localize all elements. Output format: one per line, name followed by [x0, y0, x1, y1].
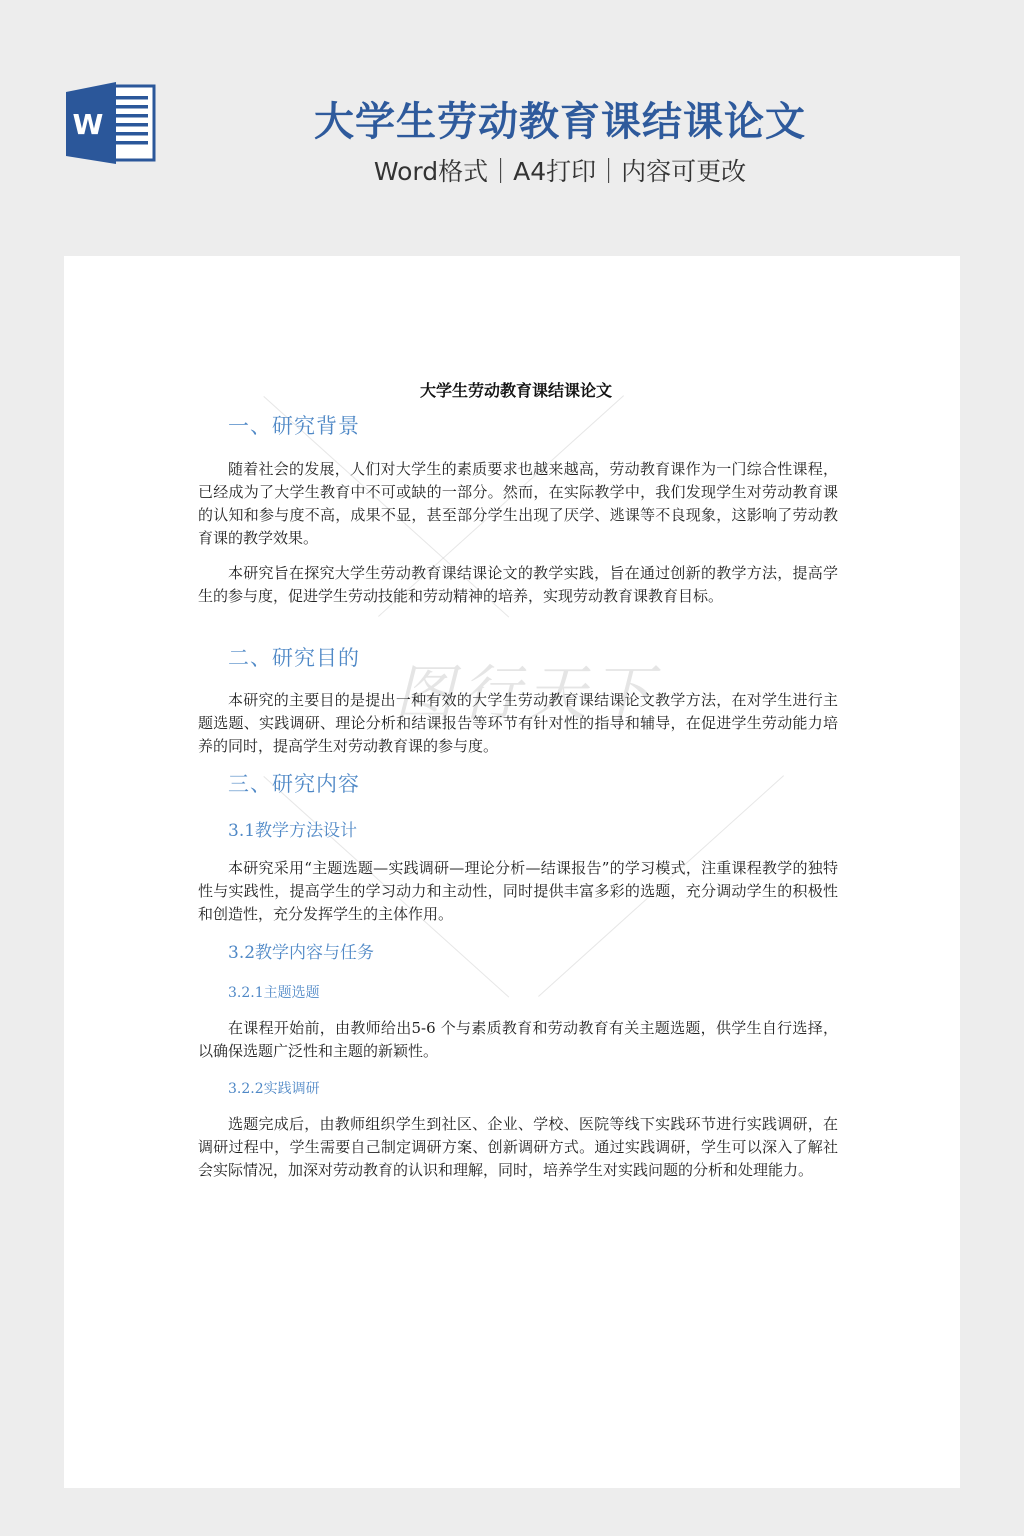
- paragraph: 在课程开始前，由教师给出5-6 个与素质教育和劳动教育有关主题选题，供学生自行选…: [198, 1017, 838, 1063]
- subsection-heading: 3.2教学内容与任务: [228, 938, 374, 963]
- section-heading: 三、研究内容: [228, 768, 360, 798]
- paragraph: 随着社会的发展，人们对大学生的素质要求也越来越高，劳动教育课作为一门综合性课程，…: [198, 458, 838, 550]
- subsection-heading: 3.1教学方法设计: [228, 816, 357, 841]
- banner-title: 大学生劳动教育课结课论文: [260, 90, 860, 147]
- banner-subtitle: Word格式｜A4打印｜内容可更改: [260, 152, 860, 188]
- subsubsection-heading: 3.2.2实践调研: [228, 1078, 320, 1098]
- paragraph: 本研究的主要目的是提出一种有效的大学生劳动教育课结课论文教学方法，在对学生进行主…: [198, 689, 838, 758]
- subsubsection-heading: 3.2.1主题选题: [228, 982, 320, 1002]
- word-icon: W: [64, 80, 158, 166]
- section-heading: 二、研究目的: [228, 642, 360, 672]
- document-title: 大学生劳动教育课结课论文: [198, 378, 834, 401]
- paragraph: 本研究采用“主题选题—实践调研—理论分析—结课报告”的学习模式，注重课程教学的独…: [198, 857, 838, 926]
- document-page: 图行天下 大学生劳动教育课结课论文 一、研究背景 随着社会的发展，人们对大学生的…: [64, 256, 960, 1488]
- paragraph: 选题完成后，由教师组织学生到社区、企业、学校、医院等线下实践环节进行实践调研，在…: [198, 1113, 838, 1182]
- paragraph: 本研究旨在探究大学生劳动教育课结课论文的教学实践，旨在通过创新的教学方法，提高学…: [198, 562, 838, 608]
- svg-text:W: W: [73, 108, 104, 141]
- section-heading: 一、研究背景: [228, 410, 360, 440]
